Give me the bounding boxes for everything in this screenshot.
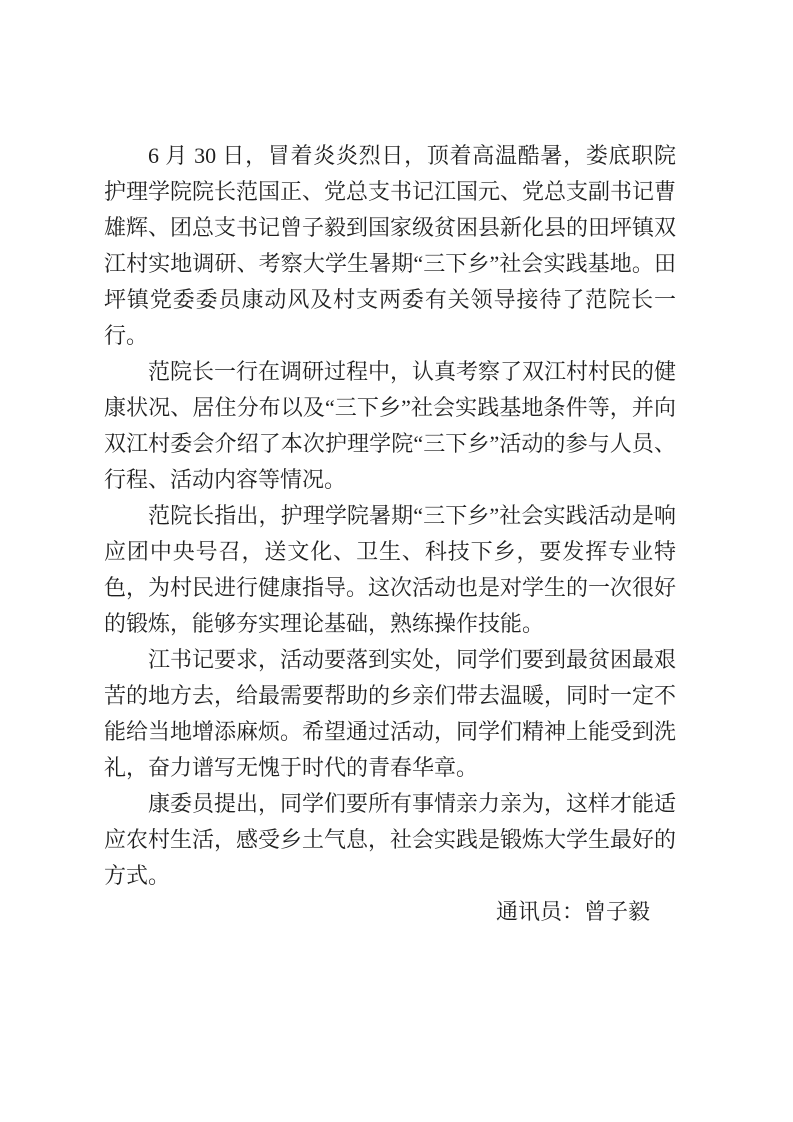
paragraph-2: 范院长一行在调研过程中，认真考察了双江村村民的健康状况、居住分布以及“三下乡”社… xyxy=(104,354,676,498)
paragraph-3: 范院长指出，护理学院暑期“三下乡”社会实践活动是响应团中央号召，送文化、卫生、科… xyxy=(104,498,676,642)
signature-line: 通讯员：曾子毅 xyxy=(104,894,676,930)
document-body: 6 月 30 日，冒着炎炎烈日，顶着高温酷暑，娄底职院护理学院院长范国正、党总支… xyxy=(104,138,676,930)
document-page: 6 月 30 日，冒着炎炎烈日，顶着高温酷暑，娄底职院护理学院院长范国正、党总支… xyxy=(0,0,793,1122)
paragraph-4: 江书记要求，活动要落到实处，同学们要到最贫困最艰苦的地方去，给最需要帮助的乡亲们… xyxy=(104,642,676,786)
paragraph-1: 6 月 30 日，冒着炎炎烈日，顶着高温酷暑，娄底职院护理学院院长范国正、党总支… xyxy=(104,138,676,354)
paragraph-5: 康委员提出，同学们要所有事情亲力亲为，这样才能适应农村生活，感受乡土气息，社会实… xyxy=(104,786,676,894)
